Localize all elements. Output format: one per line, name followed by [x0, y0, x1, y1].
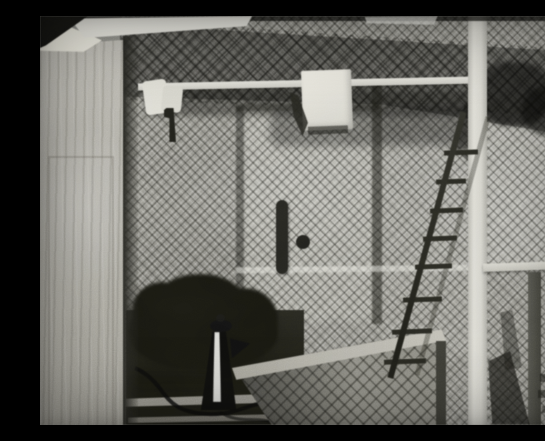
- bench-leg: [436, 341, 446, 425]
- junction-box-shadow: [308, 125, 348, 134]
- kettle-knob: [216, 314, 225, 322]
- brush-pile-lobe: [132, 282, 194, 342]
- door-gap-shadow: [123, 36, 138, 425]
- door-knob: [296, 235, 310, 249]
- kettle-spout: [230, 336, 250, 360]
- door-handle: [276, 200, 288, 274]
- open-wooden-door: [40, 36, 126, 425]
- kettle: [192, 312, 252, 410]
- door-frame-right: [372, 82, 382, 324]
- scene: [40, 16, 545, 425]
- photo-still: Black-and-white film still of a room lin…: [40, 16, 545, 425]
- partition-board: [538, 390, 545, 398]
- door-panel-frame: [48, 156, 114, 425]
- partition-post: [528, 272, 541, 425]
- white-post: [468, 16, 487, 425]
- junction-box: [301, 69, 353, 131]
- partition-board: [540, 374, 545, 382]
